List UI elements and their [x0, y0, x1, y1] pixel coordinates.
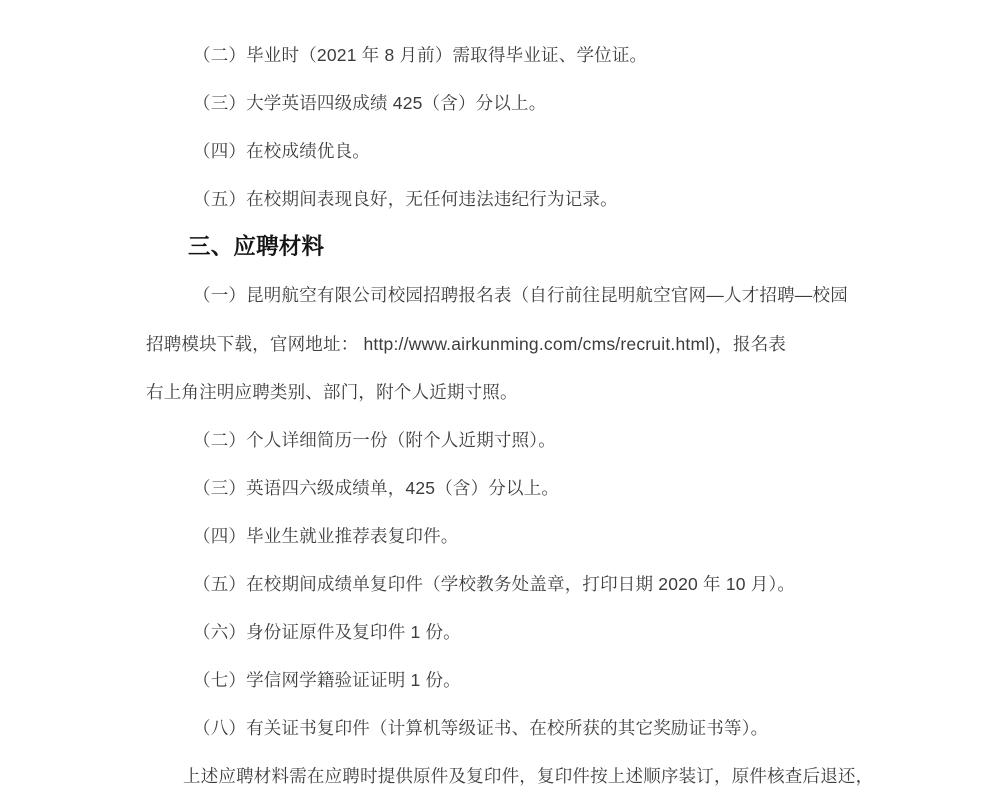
list-item-id-card: （六）身份证原件及复印件 1 份。: [146, 608, 855, 656]
section-heading-materials: 三、应聘材料: [146, 223, 855, 271]
paragraph-application-form-line-1: （一）昆明航空有限公司校园招聘报名表（自行前往昆明航空官网—人才招聘—校园: [146, 271, 855, 319]
closing-paragraph-line: 上述应聘材料需在应聘时提供原件及复印件，复印件按上述顺序装订，原件核查后退还，: [146, 752, 855, 800]
list-item-transcript-copy: （五）在校期间成绩单复印件（学校教务处盖章，打印日期 2020 年 10 月）。: [146, 560, 855, 608]
document-page: （二）毕业时（2021 年 8 月前）需取得毕业证、学位证。 （三）大学英语四级…: [0, 0, 995, 801]
list-item-recommendation-copy: （四）毕业生就业推荐表复印件。: [146, 512, 855, 560]
list-item-other-certificates: （八）有关证书复印件（计算机等级证书、在校所获的其它奖励证书等）。: [146, 704, 855, 752]
list-item-conduct: （五）在校期间表现良好，无任何违法违纪行为记录。: [146, 175, 855, 223]
list-item-graduation-cert: （二）毕业时（2021 年 8 月前）需取得毕业证、学位证。: [146, 31, 855, 79]
list-item-cet-transcript: （三）英语四六级成绩单，425（含）分以上。: [146, 464, 855, 512]
list-item-grades: （四）在校成绩优良。: [146, 127, 855, 175]
paragraph-application-form-line-2: 招聘模块下载，官网地址： http://www.airkunming.com/c…: [146, 320, 855, 368]
list-item-xuexin-proof: （七）学信网学籍验证证明 1 份。: [146, 656, 855, 704]
paragraph-application-form-line-3: 右上角注明应聘类别、部门，附个人近期寸照。: [146, 368, 855, 416]
list-item-resume: （二）个人详细简历一份（附个人近期寸照）。: [146, 416, 855, 464]
list-item-cet4-score: （三）大学英语四级成绩 425（含）分以上。: [146, 79, 855, 127]
